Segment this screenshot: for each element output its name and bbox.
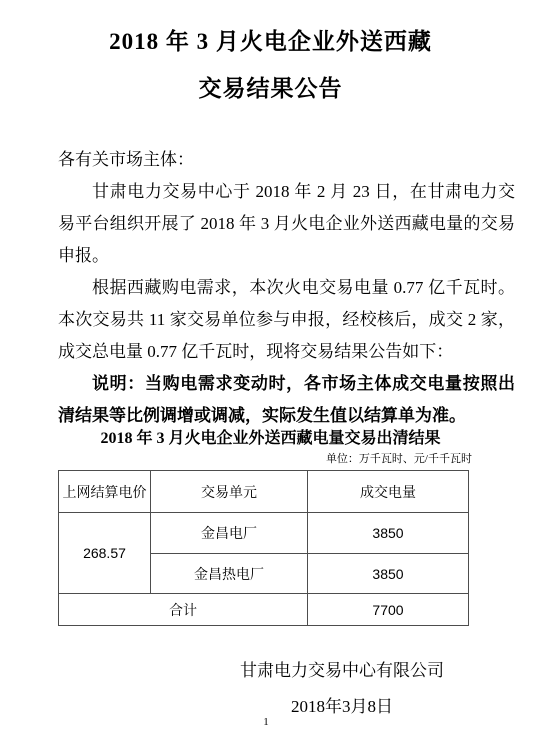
trading-unit-cell: 金昌热电厂 xyxy=(151,554,308,594)
paragraph-1: 甘肃电力交易中心于 2018 年 2 月 23 日，在甘肃电力交易平台组织开展了… xyxy=(58,176,515,272)
table-total-row: 合计 7700 xyxy=(59,594,469,626)
title-line-1: 2018 年 3 月火电企业外送西藏 xyxy=(0,18,541,65)
signature-block: 甘肃电力交易中心有限公司 2018年3月8日 xyxy=(144,653,540,725)
traded-volume-cell: 3850 xyxy=(308,554,469,594)
table-header-row: 上网结算电价 交易单元 成交电量 xyxy=(59,471,469,513)
table-title: 2018 年 3 月火电企业外送西藏电量交易出清结果 xyxy=(0,429,541,449)
document-title: 2018 年 3 月火电企业外送西藏 交易结果公告 xyxy=(0,18,541,112)
footer-company: 甘肃电力交易中心有限公司 xyxy=(144,653,540,689)
col-header-traded-volume: 成交电量 xyxy=(308,471,469,513)
clearing-results-table: 上网结算电价 交易单元 成交电量 268.57 金昌电厂 3850 金昌热电厂 … xyxy=(58,470,469,626)
total-label-cell: 合计 xyxy=(59,594,308,626)
unit-note: 单位：万千瓦时、元/千千瓦时 xyxy=(326,452,472,466)
table-row: 268.57 金昌电厂 3850 xyxy=(59,513,469,554)
document-page: 2018 年 3 月火电企业外送西藏 交易结果公告 各有关市场主体： 甘肃电力交… xyxy=(0,0,541,749)
document-body: 各有关市场主体： 甘肃电力交易中心于 2018 年 2 月 23 日，在甘肃电力… xyxy=(58,144,515,432)
trading-unit-cell: 金昌电厂 xyxy=(151,513,308,554)
col-header-settlement-price: 上网结算电价 xyxy=(59,471,151,513)
settlement-price-cell: 268.57 xyxy=(59,513,151,594)
total-volume-cell: 7700 xyxy=(308,594,469,626)
salutation: 各有关市场主体： xyxy=(58,144,515,176)
title-line-2: 交易结果公告 xyxy=(0,65,541,112)
paragraph-note: 说明：当购电需求变动时，各市场主体成交电量按照出清结果等比例调增或调减，实际发生… xyxy=(58,368,515,432)
traded-volume-cell: 3850 xyxy=(308,513,469,554)
paragraph-2: 根据西藏购电需求，本次火电交易电量 0.77 亿千瓦时。本次交易共 11 家交易… xyxy=(58,272,515,368)
col-header-trading-unit: 交易单元 xyxy=(151,471,308,513)
page-number: 1 xyxy=(0,716,532,728)
